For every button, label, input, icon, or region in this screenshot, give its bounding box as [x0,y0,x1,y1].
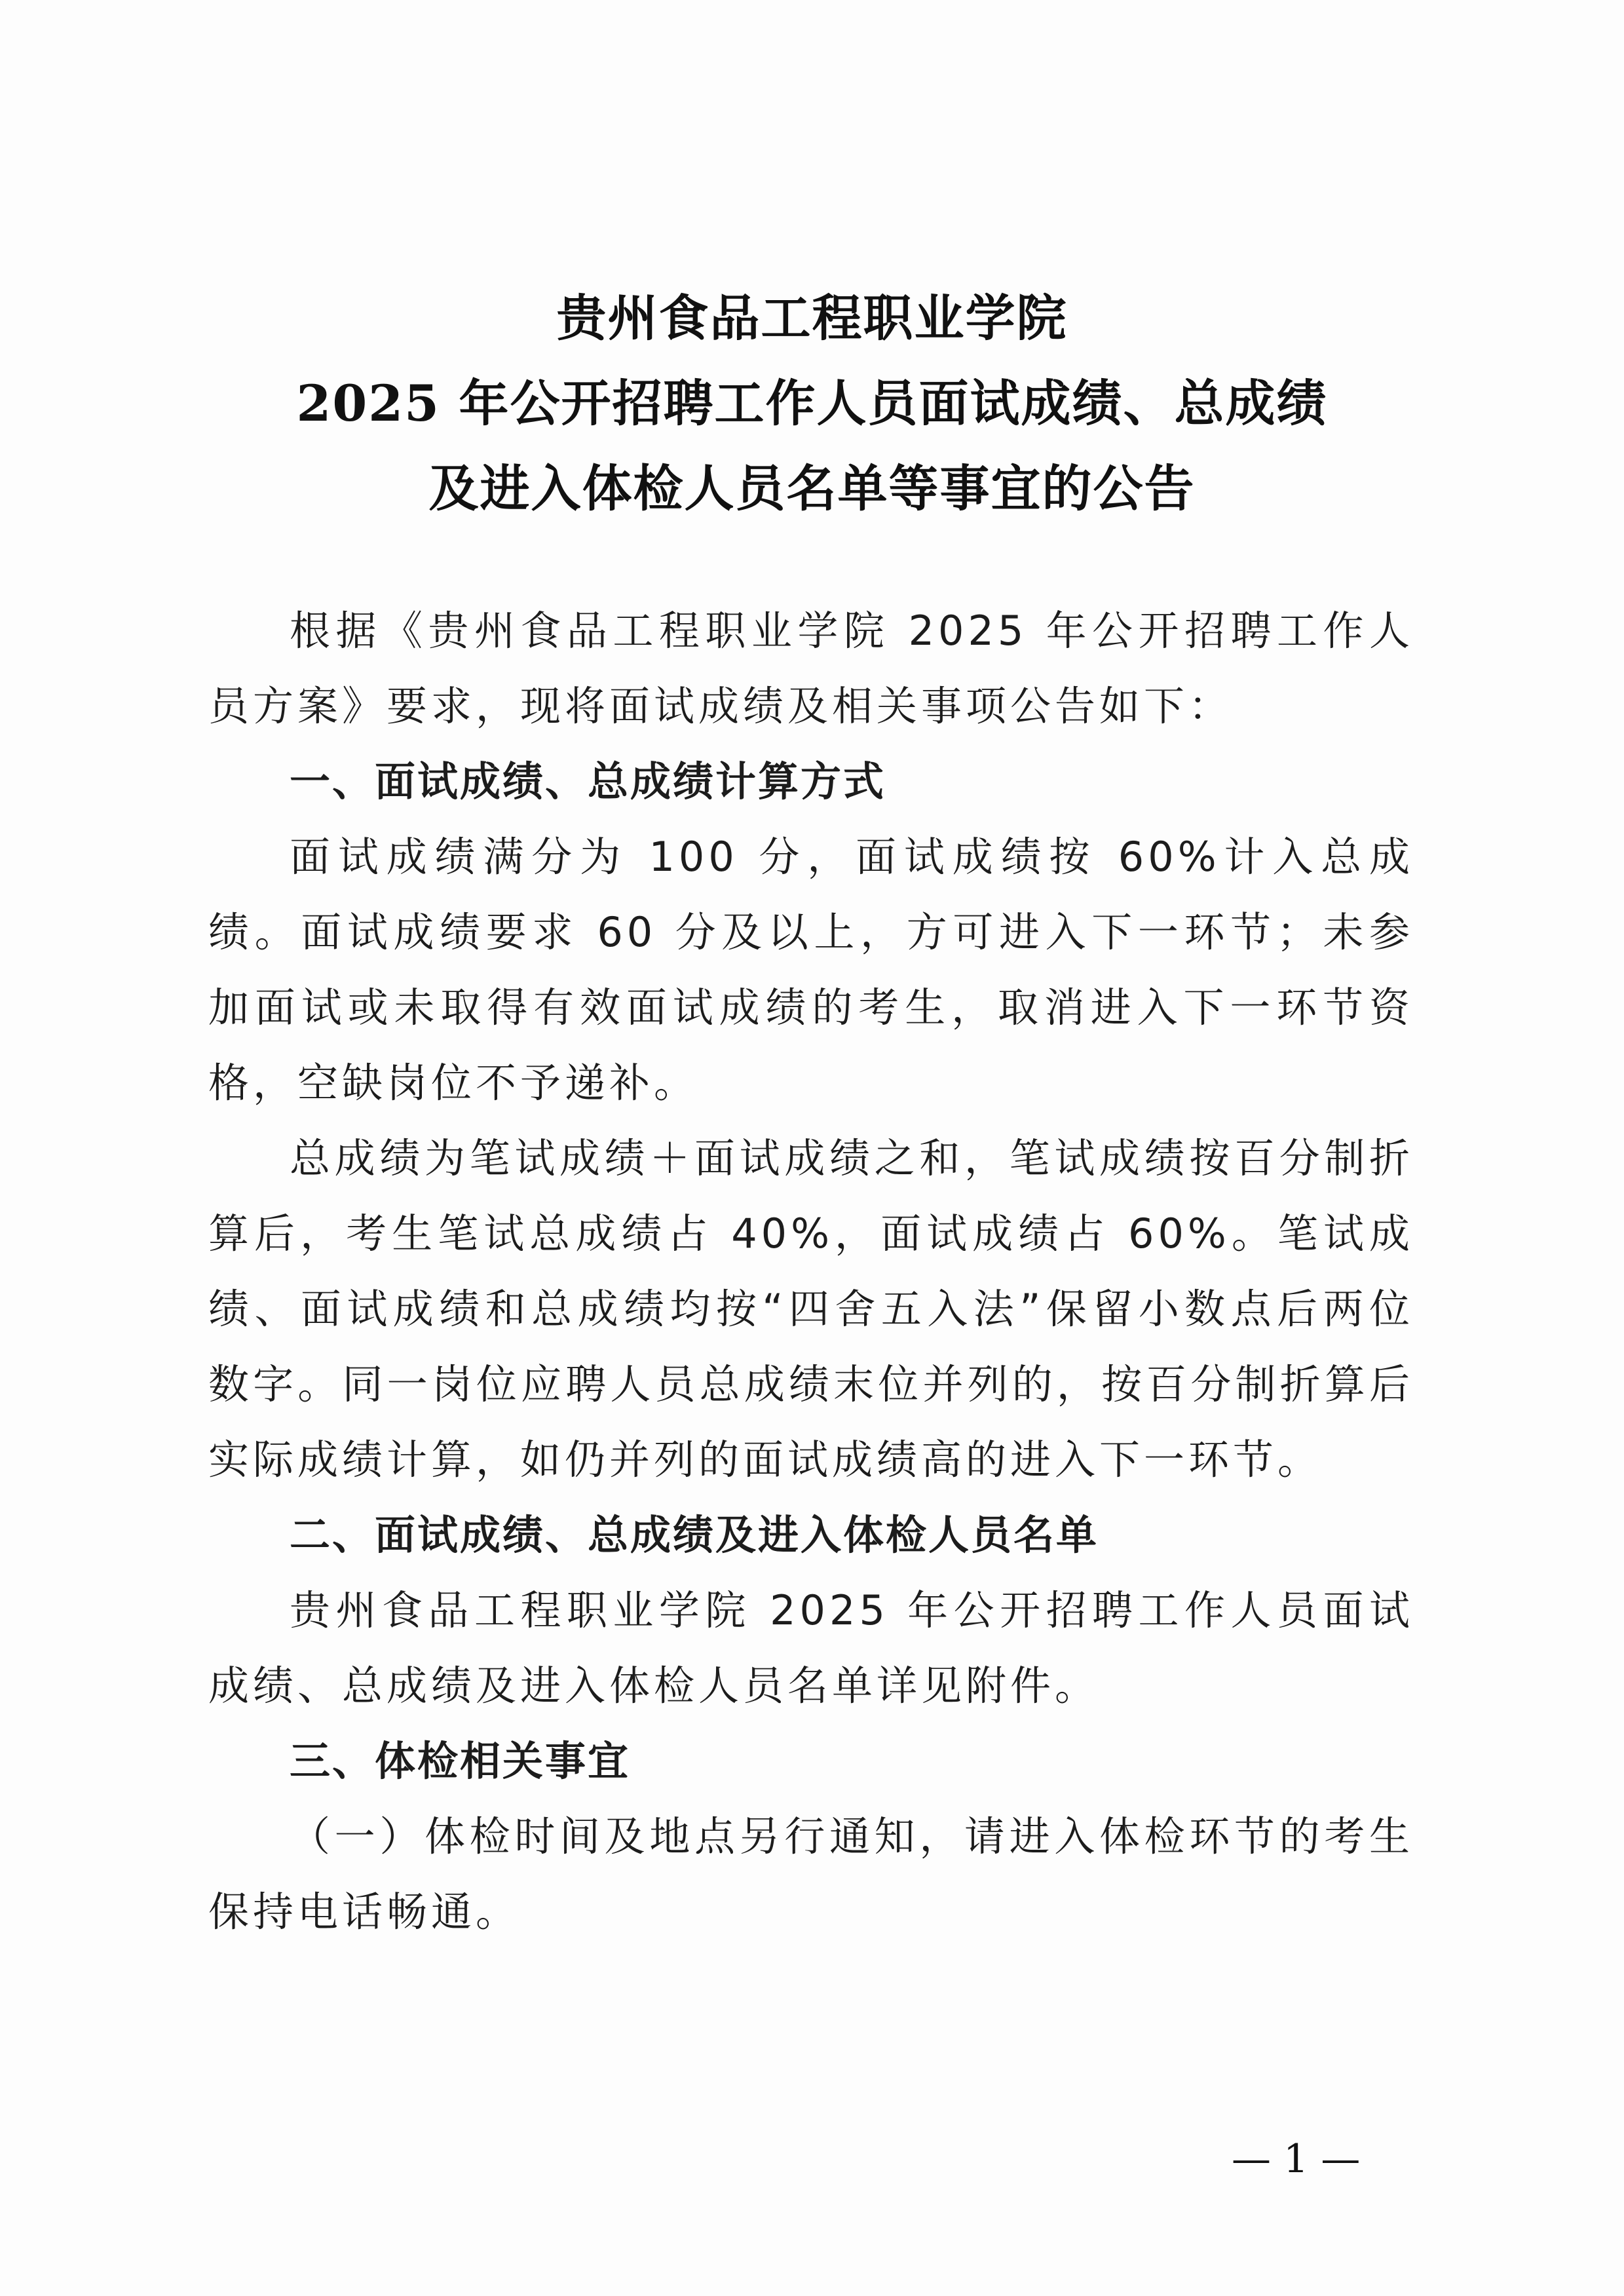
document-body: 根据《贵州食品工程职业学院 2025 年公开招聘工作人员方案》要求，现将面试成绩… [208,593,1414,1949]
paragraph-medical-exam: （一）体检时间及地点另行通知，请进入体检环节的考生保持电话畅通。 [208,1799,1414,1949]
title-line-3: 及进入体检人员名单等事宜的公告 [0,449,1624,520]
document-page: 贵州食品工程职业学院 2025 年公开招聘工作人员面试成绩、总成绩 及进入体检人… [0,0,1624,2296]
paragraph-interview-score: 面试成绩满分为 100 分，面试成绩按 60%计入总成绩。面试成绩要求 60 分… [208,819,1414,1120]
paragraph-list-attachment: 贵州食品工程职业学院 2025 年公开招聘工作人员面试成绩、总成绩及进入体检人员… [208,1573,1414,1723]
section-heading-1: 一、面试成绩、总成绩计算方式 [208,744,1414,819]
page-number: — 1 — [1232,2136,1360,2182]
intro-paragraph: 根据《贵州食品工程职业学院 2025 年公开招聘工作人员方案》要求，现将面试成绩… [208,593,1414,744]
paragraph-total-score: 总成绩为笔试成绩＋面试成绩之和，笔试成绩按百分制折算后，考生笔试总成绩占 40%… [208,1120,1414,1497]
section-heading-2: 二、面试成绩、总成绩及进入体检人员名单 [208,1497,1414,1573]
title-line-2: 2025 年公开招聘工作人员面试成绩、总成绩 [0,364,1624,435]
title-line-1: 贵州食品工程职业学院 [0,278,1624,350]
section-heading-3: 三、体检相关事宜 [208,1723,1414,1799]
